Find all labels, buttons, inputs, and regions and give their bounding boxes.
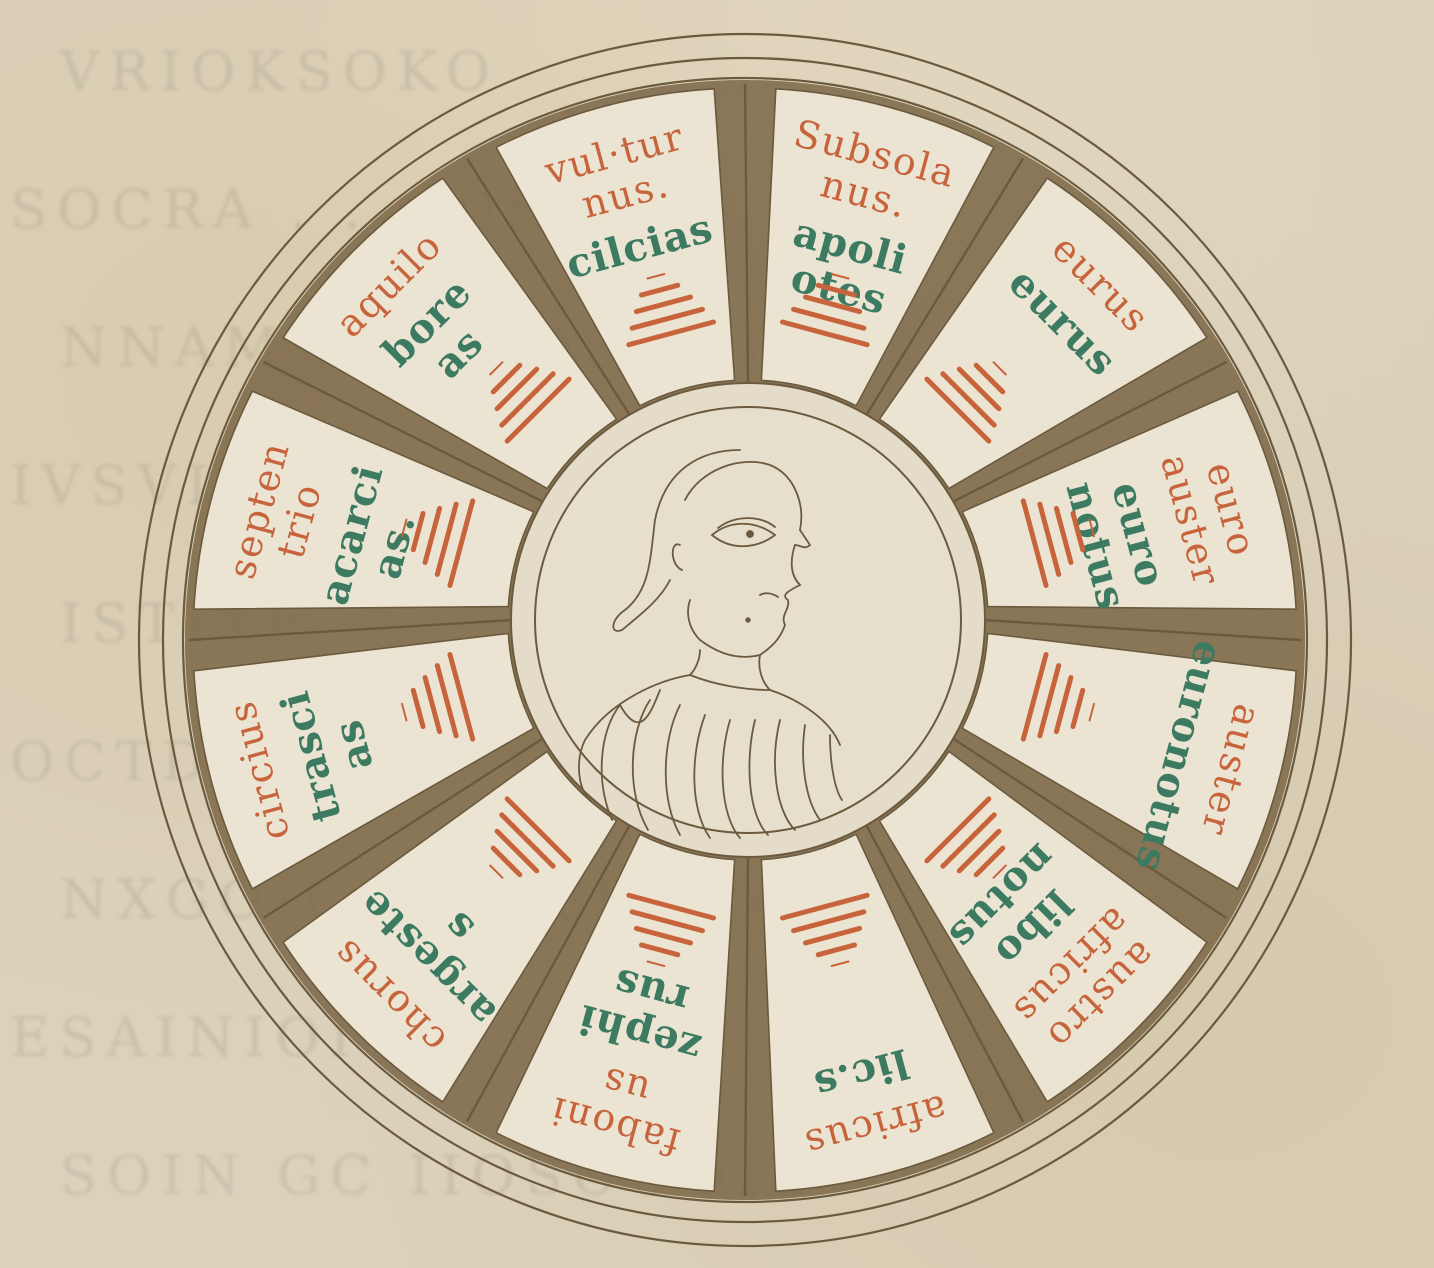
wind-diagram: vul·turnus.cilciasSubsolanus.apolioteseu… — [0, 0, 1434, 1268]
